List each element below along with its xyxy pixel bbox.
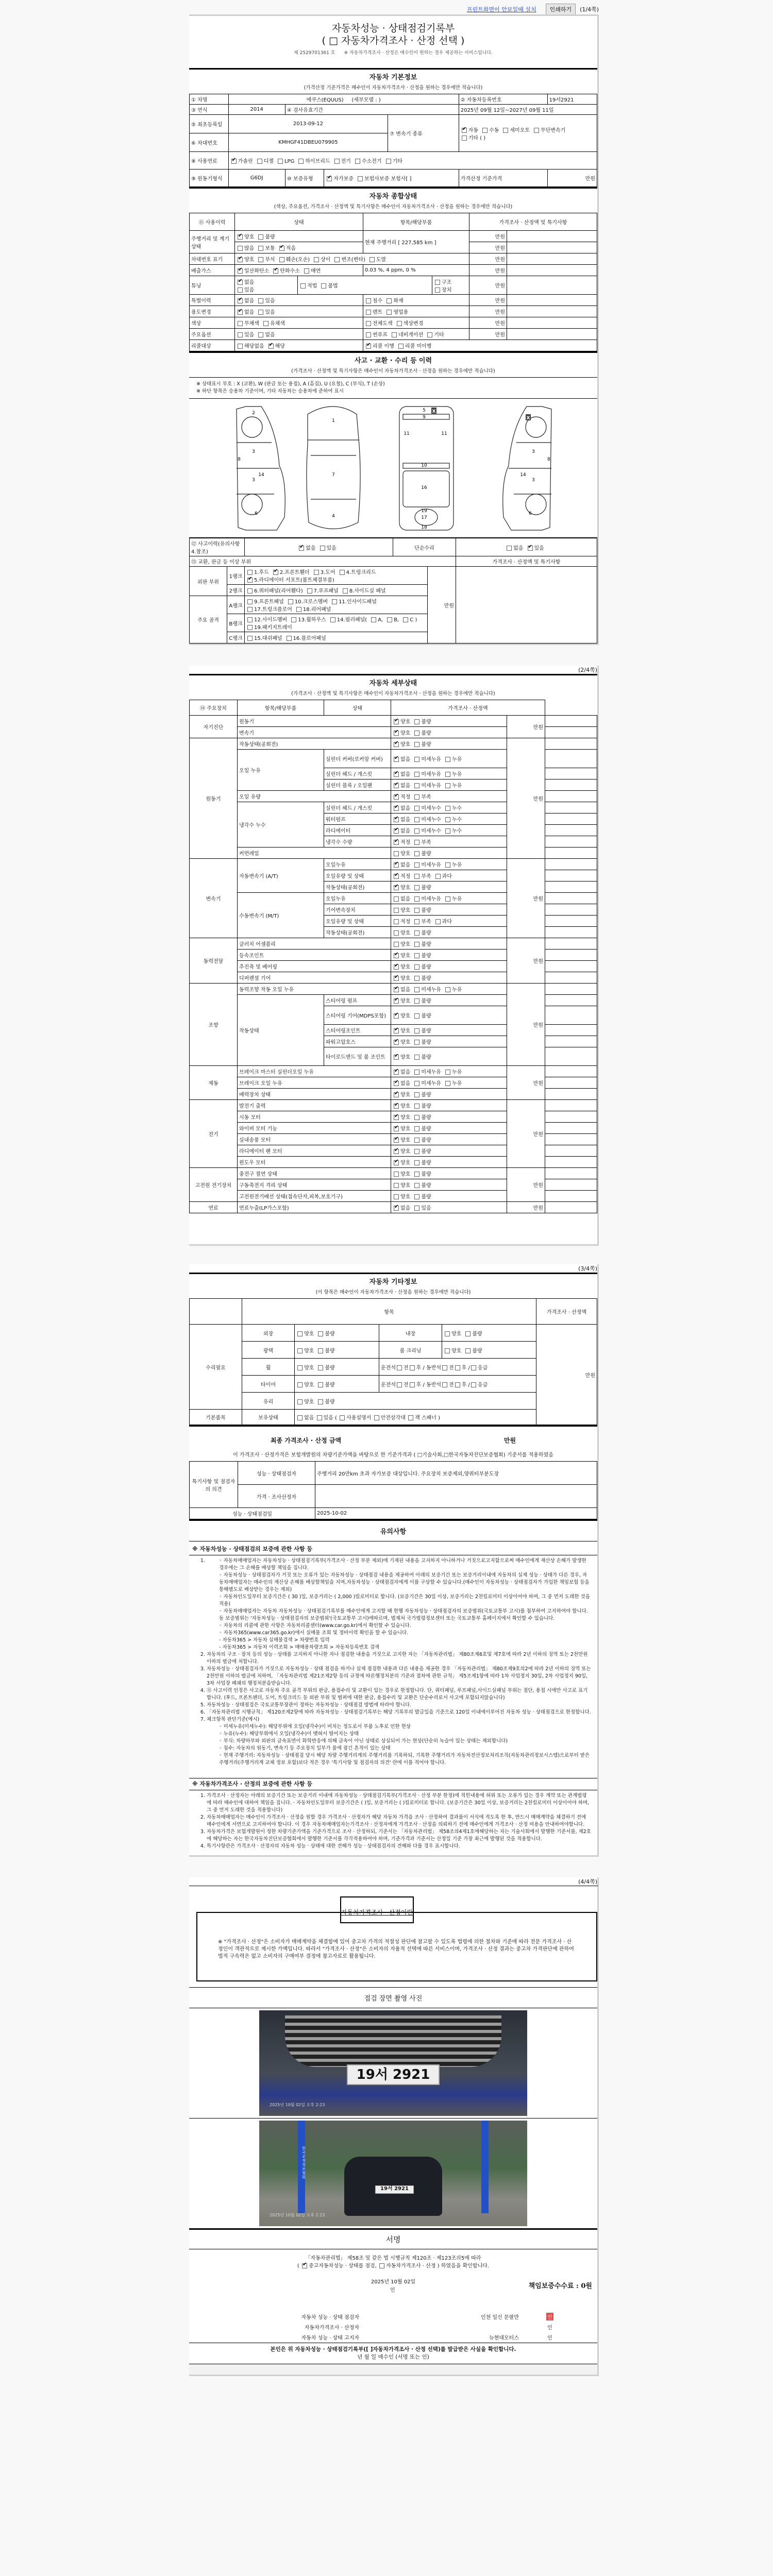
- checkbox[interactable]: [268, 344, 274, 349]
- checkbox[interactable]: [386, 159, 391, 164]
- note: [507, 295, 597, 306]
- option-label: 불량: [472, 1348, 482, 1354]
- checkbox[interactable]: [414, 1013, 419, 1019]
- checkbox[interactable]: [394, 1040, 399, 1045]
- checkbox[interactable]: [414, 1183, 419, 1188]
- checkbox[interactable]: [445, 757, 450, 762]
- option-label: 14.필러패널(: [337, 617, 367, 623]
- checkbox[interactable]: [297, 1415, 303, 1420]
- caution-item: 가격조사 · 산정자는 아래의 보증기간 또는 보증거리 이내에 자동차성능 ·…: [207, 1792, 591, 1814]
- checkbox[interactable]: [414, 1028, 419, 1033]
- checkbox[interactable]: [257, 159, 262, 164]
- checkbox[interactable]: [318, 1365, 323, 1370]
- checkbox[interactable]: [394, 1092, 399, 1097]
- rear-license-plate: 19서 2921: [375, 2185, 414, 2194]
- option-label: 3.도어: [321, 570, 335, 575]
- checkbox[interactable]: [302, 2263, 307, 2268]
- note: [545, 995, 597, 1006]
- options: 침수화재: [363, 295, 469, 306]
- status-options: 적정부족과다: [391, 870, 507, 882]
- checkbox[interactable]: [394, 1070, 399, 1075]
- checkbox[interactable]: [414, 828, 419, 834]
- checkbox[interactable]: [414, 840, 419, 845]
- note: [545, 882, 597, 893]
- checkbox[interactable]: [414, 998, 419, 1004]
- engine-type: G6DJ: [228, 170, 285, 187]
- status-options: 양호불량: [391, 1089, 507, 1100]
- checkbox[interactable]: [386, 310, 392, 315]
- checkbox[interactable]: [507, 546, 512, 551]
- checkbox[interactable]: [358, 176, 363, 181]
- option-label: 불량: [421, 1172, 431, 1177]
- status-options: 양호불량: [391, 1123, 507, 1134]
- checkbox[interactable]: [297, 1348, 303, 1353]
- option-label: 불량: [421, 731, 431, 736]
- checkbox[interactable]: [394, 731, 399, 736]
- checkbox[interactable]: [394, 976, 399, 981]
- checkbox[interactable]: [394, 1028, 399, 1033]
- checkbox[interactable]: [414, 1206, 419, 1211]
- note: [545, 1145, 597, 1157]
- checkbox[interactable]: [445, 862, 450, 868]
- checkbox[interactable]: [278, 159, 283, 164]
- note: [545, 904, 597, 916]
- checkbox[interactable]: [238, 257, 243, 262]
- status-options: 양호불량: [391, 995, 507, 1006]
- checkbox[interactable]: [238, 321, 243, 326]
- checkbox[interactable]: [394, 862, 399, 868]
- checkbox[interactable]: [445, 1348, 450, 1353]
- checkbox[interactable]: [258, 246, 263, 251]
- checkbox[interactable]: [414, 964, 419, 970]
- checkbox[interactable]: [503, 128, 508, 133]
- checkbox[interactable]: [397, 1382, 402, 1387]
- label: 특기사항 및 점검자의 의견: [190, 1462, 238, 1508]
- svg-text:5: 5: [423, 408, 426, 413]
- row-label: 색상: [190, 317, 235, 329]
- label: ⑤ 최초등록일: [190, 115, 229, 133]
- checkbox[interactable]: [258, 298, 263, 303]
- checkbox[interactable]: [442, 1365, 447, 1370]
- unit: 만원: [469, 317, 507, 329]
- checkbox[interactable]: [247, 636, 253, 641]
- checkbox[interactable]: [366, 298, 371, 303]
- checkbox[interactable]: [297, 1382, 303, 1387]
- checkbox[interactable]: [414, 731, 419, 736]
- checkbox[interactable]: [414, 1040, 419, 1045]
- checkbox[interactable]: [394, 1172, 399, 1177]
- option-label: 미세누유: [421, 987, 441, 993]
- checkbox[interactable]: [247, 617, 253, 622]
- checkbox[interactable]: [287, 636, 292, 641]
- checkbox[interactable]: [247, 588, 253, 594]
- checkbox[interactable]: [394, 1149, 399, 1154]
- checkbox[interactable]: [414, 1081, 419, 1086]
- checkbox[interactable]: [445, 783, 450, 788]
- checkbox[interactable]: [238, 310, 243, 315]
- status-options: 없음미세누유누유: [391, 768, 507, 779]
- checkbox[interactable]: [414, 772, 419, 777]
- checkbox[interactable]: [394, 1206, 399, 1211]
- checkbox[interactable]: [414, 930, 419, 936]
- checkbox[interactable]: [528, 546, 533, 551]
- checkbox[interactable]: [366, 321, 371, 326]
- checkbox[interactable]: [394, 1183, 399, 1188]
- checkbox[interactable]: [366, 344, 371, 349]
- item-label: 디퍼렌셜 기어: [238, 972, 391, 984]
- checkbox[interactable]: [298, 159, 304, 164]
- checkbox[interactable]: [394, 742, 399, 747]
- checkbox[interactable]: [394, 828, 399, 834]
- checkbox[interactable]: [334, 257, 340, 262]
- checkbox[interactable]: [414, 1138, 419, 1143]
- unit: 만원: [507, 938, 545, 984]
- price-unit: 만원: [547, 170, 597, 187]
- legend-note: ※ 하단 항목은 승용차 기준이며, 기타 자동차는 승용차에 준하여 표시: [196, 388, 590, 395]
- checkbox[interactable]: [394, 964, 399, 970]
- group-label: 수리필요: [190, 1325, 242, 1410]
- option-label: 부식: [265, 257, 275, 263]
- checkbox[interactable]: [414, 885, 419, 890]
- table-row: 리콜대상해당없음해당리콜 이행리콜 미이행: [190, 340, 597, 351]
- checkbox[interactable]: [445, 987, 450, 992]
- group-label: 변속기: [190, 859, 238, 938]
- checkbox[interactable]: [455, 1382, 460, 1387]
- checkbox[interactable]: [314, 570, 319, 575]
- checkbox[interactable]: [414, 794, 419, 800]
- sub-item-label: 스티어링 펌프: [324, 995, 391, 1006]
- checkbox[interactable]: [414, 896, 419, 902]
- checkbox[interactable]: [238, 246, 243, 251]
- checkbox[interactable]: [414, 806, 419, 811]
- checkbox[interactable]: [238, 268, 243, 274]
- checkbox[interactable]: [330, 617, 335, 622]
- checkbox[interactable]: [394, 896, 399, 902]
- checkbox[interactable]: [238, 298, 243, 303]
- row-label: 튜닝: [190, 276, 235, 295]
- checkbox[interactable]: [414, 862, 419, 868]
- checkbox[interactable]: [366, 332, 371, 337]
- checkbox[interactable]: [394, 987, 399, 992]
- checkbox[interactable]: [394, 757, 399, 762]
- checkbox[interactable]: [435, 919, 441, 924]
- checkbox[interactable]: [442, 1382, 447, 1387]
- checkbox[interactable]: [297, 1365, 303, 1370]
- checkbox[interactable]: [320, 546, 325, 551]
- checkbox[interactable]: [455, 1365, 460, 1370]
- checkbox[interactable]: [394, 806, 399, 811]
- checkbox[interactable]: [238, 344, 243, 349]
- item-label: 내장: [379, 1325, 442, 1342]
- checkbox[interactable]: [394, 1126, 399, 1131]
- checkbox[interactable]: [398, 344, 404, 349]
- checkbox[interactable]: [394, 719, 399, 724]
- checkbox[interactable]: [394, 908, 399, 913]
- checkbox[interactable]: [387, 617, 392, 622]
- checkbox[interactable]: [296, 607, 301, 612]
- checkbox[interactable]: [258, 332, 263, 337]
- checkbox[interactable]: [247, 570, 253, 575]
- option-label: 기타: [393, 159, 402, 164]
- checkbox[interactable]: [327, 176, 332, 181]
- checkbox[interactable]: [462, 135, 467, 141]
- note: [545, 1111, 597, 1123]
- options: 일산화탄소탄화수소매연: [235, 265, 363, 276]
- checkbox[interactable]: [394, 998, 399, 1004]
- checkbox[interactable]: [307, 588, 312, 594]
- option-label: 양호: [400, 1149, 410, 1155]
- checkbox[interactable]: [394, 1013, 399, 1019]
- option-label: 기타 ( ): [468, 135, 485, 141]
- checkbox[interactable]: [394, 783, 399, 788]
- checkbox[interactable]: [247, 578, 253, 583]
- note: [545, 893, 597, 904]
- photo-timestamp: 2025년 10월 02일 오후 2:23: [270, 2212, 325, 2218]
- option-label: 보험사보증 보험사[ ]: [364, 176, 411, 182]
- print-button[interactable]: 인쇄하기: [546, 4, 576, 15]
- caution-bullet: 자동차인도일부터 보증기간은 ( 30 )일, 보증거리는 ( 2,000 )킬…: [219, 1594, 591, 1608]
- checkbox[interactable]: [414, 742, 419, 747]
- checkbox[interactable]: [318, 1331, 323, 1336]
- note: [507, 276, 597, 295]
- checkbox[interactable]: [247, 625, 253, 630]
- checkbox[interactable]: [403, 617, 408, 622]
- checkbox[interactable]: [397, 1365, 402, 1370]
- checkbox[interactable]: [435, 874, 441, 879]
- checkbox[interactable]: [258, 257, 263, 262]
- checkbox[interactable]: [414, 719, 419, 724]
- label: ⑨ 원동기형식: [190, 170, 229, 187]
- checkbox[interactable]: [408, 1415, 413, 1420]
- checkbox[interactable]: [414, 953, 419, 958]
- inspector-opinion: 주행거리 20만km 초과 자가보증 대상입니다. 주요장치 보증제외,양쿼터부…: [315, 1462, 597, 1485]
- checkbox[interactable]: [317, 1415, 322, 1420]
- checkbox[interactable]: [238, 234, 243, 240]
- checkbox[interactable]: [273, 268, 278, 274]
- table-row: 주행거리 및 계기상태양호불량현재 주행거리 [ 227,585 km ]만원: [190, 231, 597, 242]
- option-label: 보통: [265, 246, 275, 251]
- status-options: 양호불량: [391, 1145, 507, 1157]
- checkbox[interactable]: [445, 1331, 450, 1336]
- option-label: 누유: [452, 987, 462, 993]
- checkbox[interactable]: [273, 570, 278, 575]
- signer-list: 자동차 성능 · 상태 점검자인천 일신 문팔만인자동차가격조사 · 산정자인자…: [189, 2311, 597, 2342]
- checkbox[interactable]: [414, 1172, 419, 1177]
- status-options: 양호불량: [391, 1168, 507, 1179]
- option-label: 양호: [400, 1160, 410, 1166]
- checkbox[interactable]: [414, 976, 419, 981]
- checkbox[interactable]: [445, 896, 450, 902]
- checkbox[interactable]: [445, 817, 450, 822]
- checkbox[interactable]: [394, 1138, 399, 1143]
- checkbox[interactable]: [394, 1104, 399, 1109]
- checkbox[interactable]: [414, 1055, 419, 1060]
- checkbox[interactable]: [371, 617, 376, 622]
- checkbox[interactable]: [414, 1149, 419, 1154]
- checkbox[interactable]: [445, 828, 450, 834]
- checkbox[interactable]: [288, 599, 293, 604]
- status-options: 없음있음: [391, 1202, 507, 1213]
- checkbox[interactable]: [386, 298, 392, 303]
- checkbox[interactable]: [410, 1365, 415, 1370]
- checkbox[interactable]: [394, 772, 399, 777]
- checkbox[interactable]: [263, 321, 268, 326]
- sub-item-label: 실린더 헤드 / 개스킷: [324, 768, 391, 779]
- options: 해당없음해당: [235, 340, 363, 351]
- checkbox[interactable]: [394, 794, 399, 800]
- checkbox[interactable]: [258, 310, 263, 315]
- checkbox[interactable]: [414, 987, 419, 992]
- group-label: 연료: [190, 1202, 238, 1213]
- table-row: 튜닝없음있음적법불법구조장치만원: [190, 276, 597, 295]
- checkbox[interactable]: [343, 588, 348, 594]
- checkbox[interactable]: [318, 1399, 323, 1404]
- option-label: 사용설명서: [346, 1415, 371, 1421]
- checkbox[interactable]: [414, 1115, 419, 1120]
- checkbox[interactable]: [414, 757, 419, 762]
- checkbox[interactable]: [445, 772, 450, 777]
- checkbox[interactable]: [394, 953, 399, 958]
- checkbox[interactable]: [238, 332, 243, 337]
- appraisal-info-title: 자동차가격조사 · 산정이란: [340, 1896, 414, 1923]
- checkbox[interactable]: [279, 257, 284, 262]
- checkbox[interactable]: [334, 159, 340, 164]
- etc-section: 자동차 기타정보 (이 항목은 매수인이 자동차가격조사 · 산정을 원하는 경…: [189, 1273, 597, 1296]
- header: 가격조사 · 산정액: [536, 1299, 597, 1325]
- checkbox[interactable]: [304, 268, 309, 274]
- table-row: 고전원 전기장치충전구 절연 상태양호불량만원: [190, 1168, 597, 1179]
- checkbox[interactable]: [379, 2263, 384, 2268]
- checkbox[interactable]: [414, 1126, 419, 1131]
- checkbox[interactable]: [394, 1081, 399, 1086]
- checkbox[interactable]: [318, 1348, 323, 1353]
- checkbox[interactable]: [414, 1070, 419, 1075]
- table-row: 원동기작동상태(공회전)양호불량만원: [190, 738, 597, 750]
- checkbox[interactable]: [332, 599, 337, 604]
- option-label: 탄화수소: [280, 268, 300, 274]
- checkbox[interactable]: [247, 599, 253, 604]
- status-options: 양호불량: [391, 882, 507, 893]
- checkbox[interactable]: [297, 1399, 303, 1404]
- option-label: 과다: [442, 874, 452, 879]
- checkbox[interactable]: [394, 942, 399, 947]
- checkbox[interactable]: [238, 280, 243, 285]
- checkbox[interactable]: [340, 1415, 345, 1420]
- caution-bullet: 미세누유(미세누수): 해당부위에 오일(냉각수)이 비치는 정도로서 부품 노…: [219, 1723, 591, 1731]
- checkbox[interactable]: [238, 287, 243, 293]
- checkbox[interactable]: [297, 1331, 303, 1336]
- checkbox[interactable]: [414, 817, 419, 822]
- checkbox[interactable]: [414, 919, 419, 924]
- checkbox[interactable]: [279, 246, 284, 251]
- status-options: 적정부족과다: [391, 916, 507, 927]
- checkbox[interactable]: [299, 546, 304, 551]
- legend: ※ 상태표시 부호 : X (교환), W (판금 또는 용접), A (흠집)…: [189, 377, 597, 399]
- rear-photo: 한국공정정보협회 19서 2921 2025년 10월 02일 오후 2:23: [259, 2121, 527, 2226]
- checkbox[interactable]: [414, 942, 419, 947]
- options: 전체도색색상변경: [363, 317, 469, 329]
- section-title: 자동차 기타정보: [189, 1276, 597, 1286]
- install-link[interactable]: 프린트화면이 안보일때 설치: [467, 5, 536, 13]
- header: ⑭ 주요장치: [190, 700, 238, 716]
- checkbox[interactable]: [394, 930, 399, 936]
- checkbox[interactable]: [355, 159, 360, 164]
- checkbox[interactable]: [392, 332, 397, 337]
- item-label: 유리: [242, 1393, 295, 1410]
- checkbox[interactable]: [397, 321, 402, 326]
- checkbox[interactable]: [410, 1382, 415, 1387]
- checkbox[interactable]: [414, 851, 419, 856]
- checkbox[interactable]: [427, 332, 432, 337]
- checkbox[interactable]: [414, 874, 419, 879]
- checkbox[interactable]: [534, 128, 539, 133]
- checkbox[interactable]: [340, 570, 345, 575]
- checkbox[interactable]: [300, 283, 306, 289]
- checkbox[interactable]: [394, 885, 399, 890]
- option-label: 미세누수: [421, 817, 441, 823]
- checkbox[interactable]: [414, 783, 419, 788]
- checkbox[interactable]: [414, 1104, 419, 1109]
- checkbox[interactable]: [414, 1160, 419, 1165]
- section-title: 자동차 기본정보: [189, 72, 597, 81]
- checkbox[interactable]: [366, 310, 371, 315]
- checkbox[interactable]: [435, 280, 440, 285]
- checkbox[interactable]: [462, 128, 467, 133]
- checkbox[interactable]: [318, 1382, 323, 1387]
- label: 성능 · 상태점검일: [190, 1508, 315, 1519]
- checkbox[interactable]: [374, 1415, 379, 1420]
- checkbox[interactable]: [445, 1081, 450, 1086]
- checkbox[interactable]: [435, 287, 440, 293]
- checkbox[interactable]: [465, 1348, 470, 1353]
- options: 구조장치: [432, 276, 469, 295]
- checkbox[interactable]: [258, 234, 263, 240]
- checkbox[interactable]: [394, 1055, 399, 1060]
- option-label: 응급: [478, 1365, 488, 1371]
- checkbox[interactable]: [471, 1382, 476, 1387]
- checkbox[interactable]: [394, 851, 399, 856]
- checkbox[interactable]: [394, 817, 399, 822]
- checkbox[interactable]: [394, 1160, 399, 1165]
- checkbox[interactable]: [291, 617, 296, 622]
- option-label: 1.후드: [254, 570, 269, 575]
- checkbox[interactable]: [414, 1092, 419, 1097]
- checkbox[interactable]: [482, 128, 488, 133]
- checkbox[interactable]: [394, 874, 399, 879]
- checkbox[interactable]: [394, 919, 399, 924]
- sub-item-label: 작동상태(공회전): [324, 927, 391, 938]
- checkbox[interactable]: [321, 283, 326, 289]
- car-name: 에쿠스(EQUUS) (세부모델 : ): [228, 94, 459, 105]
- checkbox[interactable]: [394, 1115, 399, 1120]
- accident-table: ⑫ 사고이력(유의사항 4.참조)없음있음단순수리없음있음⑬ 교환, 판금 등 …: [189, 538, 597, 643]
- checkbox[interactable]: [314, 257, 319, 262]
- option-label: 16.플로어패널: [293, 636, 326, 641]
- checkbox[interactable]: [445, 1070, 450, 1075]
- checkbox[interactable]: [247, 607, 253, 612]
- checkbox[interactable]: [465, 1331, 470, 1336]
- checkbox[interactable]: [471, 1365, 476, 1370]
- checkbox[interactable]: [414, 908, 419, 913]
- checkbox[interactable]: [231, 159, 237, 164]
- checkbox[interactable]: [394, 840, 399, 845]
- checkbox[interactable]: [445, 806, 450, 811]
- checkbox[interactable]: [369, 257, 375, 262]
- caution-section: 유의사항: [189, 1519, 597, 1541]
- item-label: 시동 모터: [238, 1111, 391, 1123]
- checkbox[interactable]: [414, 1194, 419, 1199]
- checkbox[interactable]: [394, 1194, 399, 1199]
